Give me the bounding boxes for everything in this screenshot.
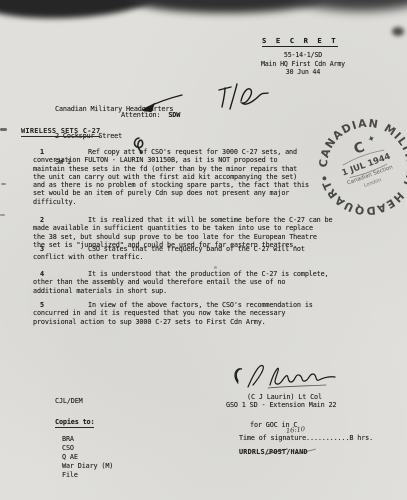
signature-appointment-line: GSO 1 SD - Extension Main 22	[226, 401, 336, 409]
handwritten-forward-note	[213, 82, 273, 116]
arrow-annotation	[136, 92, 186, 118]
copies-item: BRA	[62, 435, 74, 443]
copies-item: War Diary (M)	[62, 462, 113, 470]
file-reference: 55-14-1/SD	[238, 51, 368, 60]
received-date-stamp: • CANADIAN MILITARY HEADQUARTERS • CENTR…	[315, 115, 407, 219]
document-page: S E C R E T 55-14-1/SD Main HQ First Cdn…	[0, 0, 407, 500]
copies-heading: Copies to:	[55, 418, 94, 428]
reference-block: 55-14-1/SD Main HQ First Cdn Army 30 Jun…	[238, 51, 368, 77]
document-date: 30 Jun 44	[238, 68, 368, 77]
scan-speck	[0, 214, 5, 216]
paragraph-text: Ref copy att of CSO's request for 3000 C…	[33, 148, 343, 206]
originating-unit: Main HQ First Cdn Army	[238, 60, 368, 69]
paragraph-text: In view of the above factors, the CSO's …	[33, 301, 343, 326]
paragraph-text: It is understood that the production of …	[33, 270, 343, 295]
paragraph-text: CSO states that the frequency band of th…	[33, 245, 343, 262]
copies-item: Q AE	[62, 453, 78, 461]
scan-speck	[0, 128, 7, 131]
copies-item: CSO	[62, 444, 74, 452]
time-of-signature-line: Time of signature...........B hrs.	[239, 434, 373, 442]
handwritten-signature	[228, 361, 340, 395]
smudge-blob	[293, 0, 407, 11]
smudge-blob	[0, 0, 154, 21]
smudge-blob	[392, 27, 404, 36]
classification-banner: S E C R E T	[262, 36, 338, 47]
copies-item: File	[62, 471, 78, 479]
stamp-star-mark: ✦	[366, 134, 377, 146]
scan-speck	[1, 183, 6, 185]
scan-speck	[214, 266, 217, 269]
drafter-initials: CJL/DEM	[55, 397, 83, 405]
subject-line: WIRELESS SETS C-27	[21, 127, 100, 137]
smudge-blob	[128, 0, 323, 13]
